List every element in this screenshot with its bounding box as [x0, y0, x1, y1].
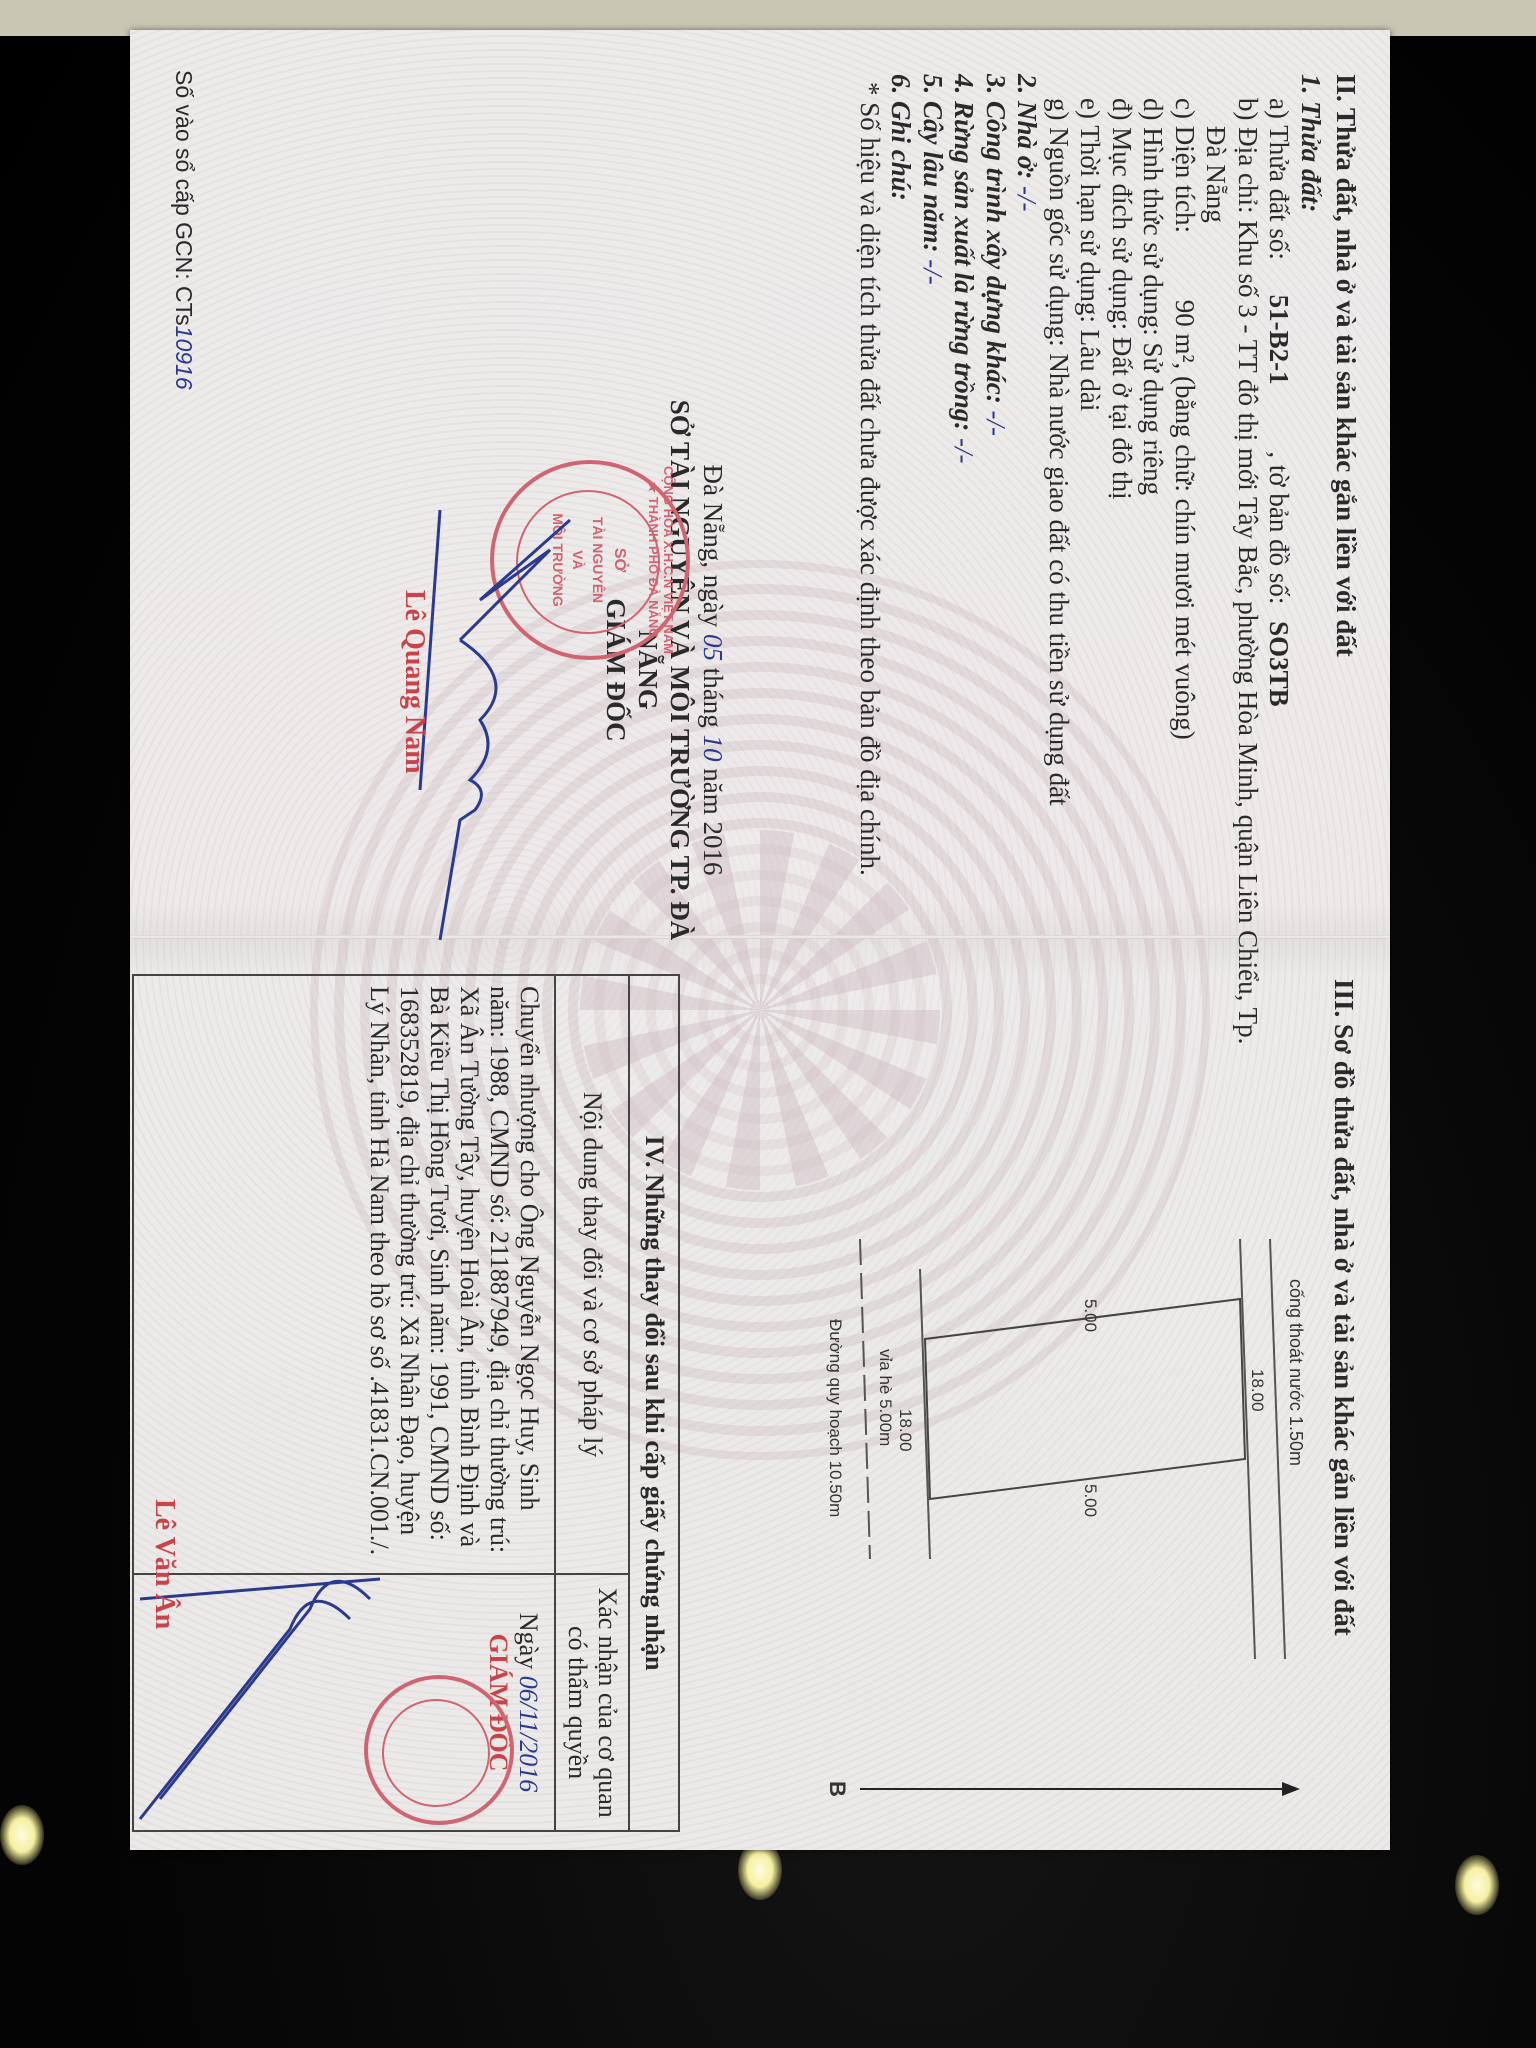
- north-label: B: [825, 1781, 850, 1797]
- drain-label: cống thoát nước 1.50m: [1286, 1279, 1306, 1466]
- edge-top-label: 18.00: [1248, 1369, 1267, 1412]
- area-label: c) Diện tích:: [1170, 98, 1200, 233]
- forest-value: -/-: [950, 438, 980, 463]
- origin-value: Nhà nước giao đất có thu tiền sử dụng đấ…: [1044, 353, 1074, 805]
- col-confirm-header: Xác nhận của cơ quan có thẩm quyền: [555, 1574, 629, 1831]
- address-label: b) Địa chỉ:: [1233, 98, 1263, 213]
- use-form-value: Sử dụng riêng: [1139, 343, 1169, 496]
- origin-label: g) Nguồn gốc sử dụng:: [1044, 98, 1074, 347]
- other-works-row: 3. Công trình xây dựng khác: -/-: [980, 74, 1012, 1044]
- edge-right-label: 5.00: [1081, 1484, 1100, 1517]
- parcel-row: a) Thửa đất số: 51-B2-1 , tờ bản đồ số: …: [1263, 74, 1295, 1044]
- issuance-year: 2016: [698, 821, 728, 875]
- seal-outer-text: CỘNG HÒA X.H.C.N VIỆT NAM ★ THÀNH PHỐ ĐÀ…: [645, 464, 676, 656]
- issuance-month: 10: [698, 734, 728, 761]
- change-content: Chuyển nhượng cho Ông Nguyễn Ngọc Huy, S…: [133, 975, 555, 1574]
- map-sheet-number: SO3TB: [1265, 621, 1295, 707]
- registry-label: Số vào sổ cấp GCN: CTs: [171, 70, 197, 326]
- edge-left-label: 5.00: [1081, 1299, 1100, 1332]
- address-value: Khu số 3 - TT đô thị mới Tây Bắc, phường…: [1233, 220, 1263, 1044]
- director-name: Lê Quang Nam: [398, 590, 430, 774]
- month-label: tháng: [698, 668, 728, 728]
- other-works-label: 3. Công trình xây dựng khác:: [981, 74, 1011, 404]
- land-heading: 1. Thửa đất:: [1295, 74, 1327, 1044]
- perennial-label: 5. Cây lâu năm:: [918, 74, 948, 253]
- term-value: Lâu dài: [1076, 330, 1106, 412]
- left-page: II. Thửa đất, nhà ở và tài sản khác gắn …: [130, 30, 1390, 935]
- section-iii-heading: III. Sơ đồ thửa đất, nhà ở và tài sản kh…: [1328, 979, 1360, 1636]
- issuance-day: 05: [698, 634, 728, 661]
- purpose-row: đ) Mục đích sử dụng: Đất ở tại đô thị: [1106, 74, 1138, 1044]
- term-label: e) Thời hạn sử dụng:: [1076, 98, 1106, 323]
- confirmer-name: Lê Văn Ân: [148, 1499, 180, 1629]
- light-reflection: [1455, 1855, 1499, 1915]
- section-iv-heading: IV. Những thay đổi sau khi cấp giấy chứn…: [629, 975, 679, 1831]
- col-content-header: Nội dung thay đổi và cơ sở pháp lý: [555, 975, 629, 1574]
- perennial-row: 5. Cây lâu năm: -/-: [917, 74, 949, 1044]
- purpose-label: đ) Mục đích sử dụng:: [1107, 98, 1137, 330]
- right-page: III. Sơ đồ thửa đất, nhà ở và tài sản kh…: [130, 939, 1390, 1850]
- director-signature: [410, 490, 610, 950]
- footnote: * Số hiệu và diện tích thửa đất chưa đượ…: [854, 74, 886, 1044]
- road-label: Đường quy hoạch 10.50m: [826, 1319, 845, 1517]
- forest-label: 4. Rừng sản xuất là rừng trồng:: [950, 74, 980, 431]
- address-row-2: Đà Nẵng: [1200, 74, 1232, 1044]
- area-value: 90 m², (bằng chữ: chín mươi mét vuông): [1170, 300, 1200, 740]
- origin-row: g) Nguồn gốc sử dụng: Nhà nước giao đất …: [1043, 74, 1075, 1044]
- confirm-date: Ngày 06/11/2016: [513, 1576, 543, 1829]
- date-prefix: Đà Nẵng, ngày: [698, 465, 728, 628]
- land-use-certificate: II. Thửa đất, nhà ở và tài sản khác gắn …: [130, 30, 1390, 1850]
- parcel-diagram: B cống thoát nước 1.50m 18.00 5.00 5.00 …: [810, 939, 1330, 1850]
- seal-text: SỞ: [610, 464, 628, 656]
- sidewalk-label: vỉa hè 5.00m: [876, 1349, 895, 1446]
- map-sheet-label: , tờ bản đồ số:: [1265, 451, 1295, 604]
- other-works-value: -/-: [981, 411, 1011, 436]
- address-row: b) Địa chỉ: Khu số 3 - TT đô thị mới Tây…: [1232, 74, 1264, 1044]
- forest-row: 4. Rừng sản xuất là rừng trồng: -/-: [948, 74, 980, 1044]
- parcel-label: a) Thửa đất số:: [1265, 98, 1295, 260]
- section-ii-heading: II. Thửa đất, nhà ở và tài sản khác gắn …: [1330, 74, 1362, 657]
- confirm-date-prefix: Ngày: [514, 1613, 543, 1669]
- light-reflection: [0, 1805, 44, 1865]
- house-row: 2. Nhà ở: -/-: [1011, 74, 1043, 1044]
- use-form-row: d) Hình thức sử dụng: Sử dụng riêng: [1137, 74, 1169, 1044]
- confirm-date-value: 06/11/2016: [514, 1676, 543, 1793]
- seal-inner-ring: [382, 1699, 490, 1807]
- registry-number: Số vào sổ cấp GCN: CTs10916: [168, 70, 200, 390]
- land-details: 1. Thửa đất: a) Thửa đất số: 51-B2-1 , t…: [854, 74, 1327, 1044]
- term-row: e) Thời hạn sử dụng: Lâu dài: [1074, 74, 1106, 1044]
- area-row: c) Diện tích: 90 m², (bằng chữ: chín mươ…: [1169, 74, 1201, 1044]
- house-label: 2. Nhà ở:: [1013, 74, 1043, 179]
- issuance-date: Đà Nẵng, ngày 05 tháng 10 năm 2016: [696, 390, 730, 950]
- perennial-value: -/-: [918, 259, 948, 284]
- year-label: năm: [698, 768, 728, 815]
- use-form-label: d) Hình thức sử dụng:: [1139, 98, 1169, 336]
- notes-label: 6. Ghi chú:: [885, 74, 917, 1044]
- edge-bottom-label: 18.00: [896, 1409, 915, 1452]
- parcel-number: 51-B2-1: [1265, 295, 1295, 385]
- registry-value: 10916: [171, 326, 197, 390]
- house-value: -/-: [1013, 186, 1043, 211]
- purpose-value: Đất ở tại đô thị: [1107, 337, 1137, 500]
